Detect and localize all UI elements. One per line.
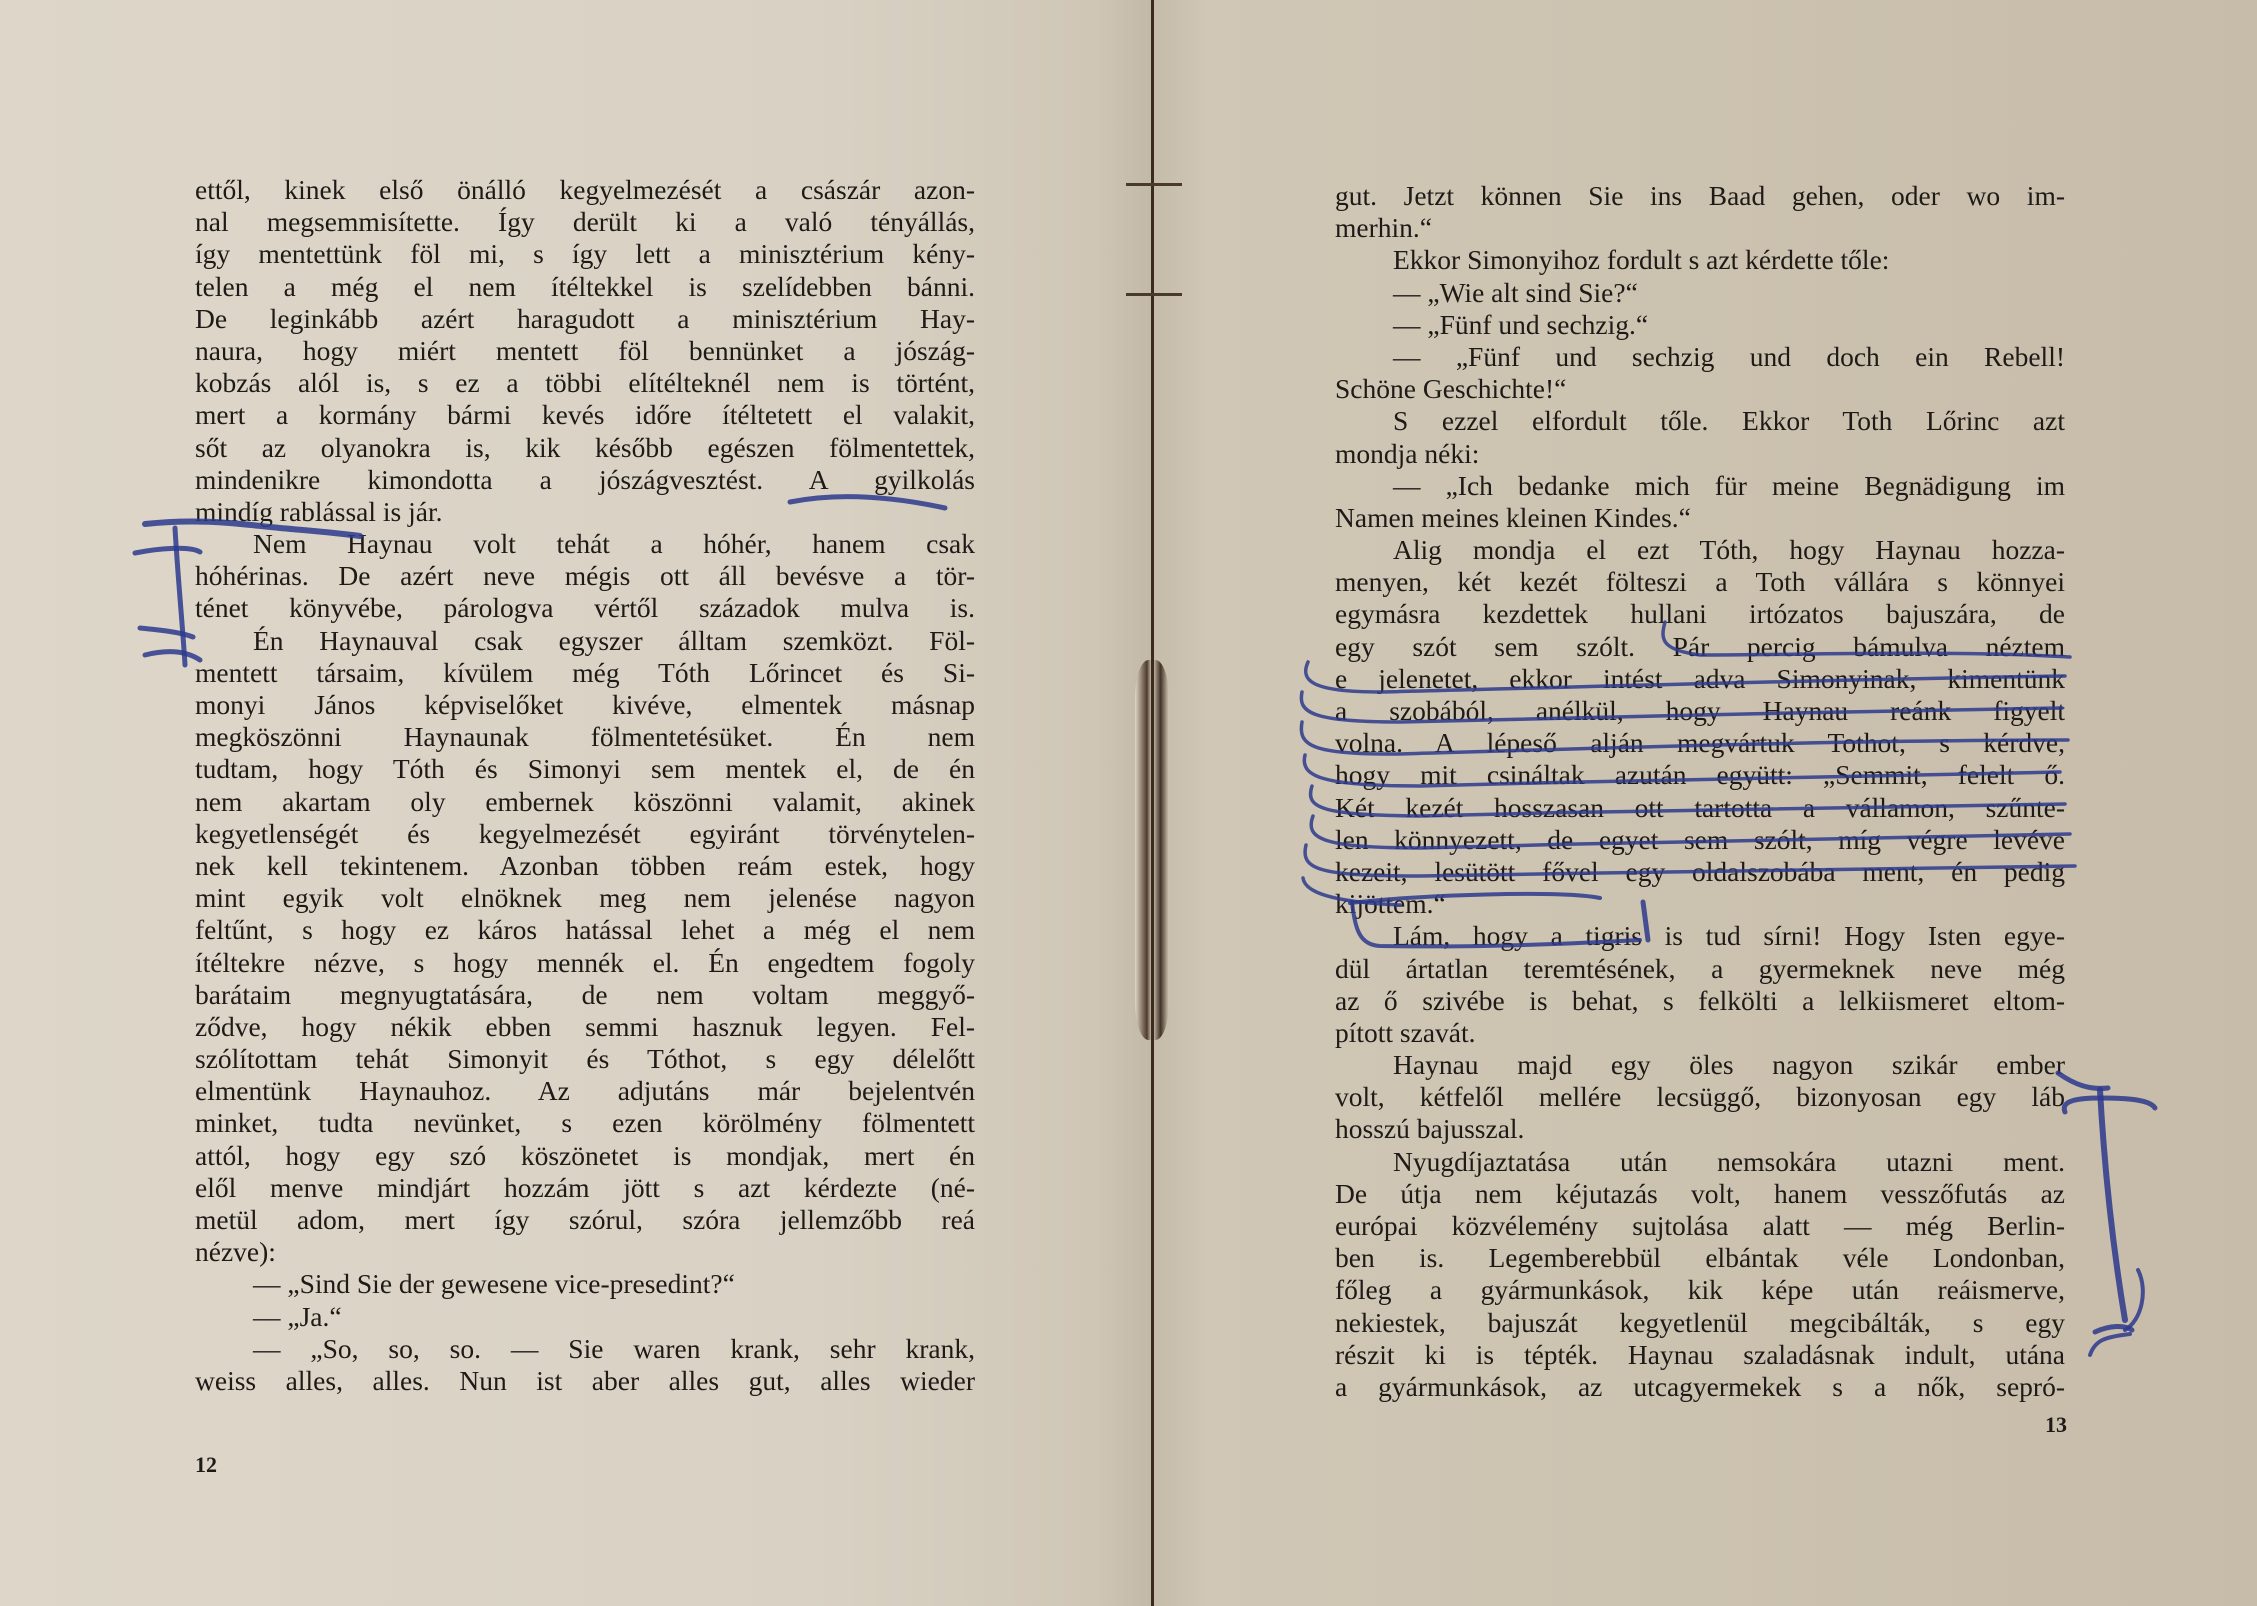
text-line: len könnyezett, de egyet sem szólt, míg … xyxy=(1335,824,2065,856)
text-line: pított szavát. xyxy=(1335,1017,2065,1049)
text-line: ettől, kinek első önálló kegyelmezését a… xyxy=(195,174,975,206)
text-line: dül ártatlan teremtésének, a gyermeknek … xyxy=(1335,953,2065,985)
text-line: monyi János képviselőket kivéve, elmente… xyxy=(195,689,975,721)
text-line: gut. Jetzt können Sie ins Baad gehen, od… xyxy=(1335,180,2065,212)
text-line: európai közvélemény sujtolása alatt — mé… xyxy=(1335,1210,2065,1242)
text-line: Nyugdíjaztatása után nemsokára utazni me… xyxy=(1335,1146,2065,1178)
text-line: S ezzel elfordult tőle. Ekkor Toth Lőrin… xyxy=(1335,405,2065,437)
text-line: volt, kétfelől mellére lecsüggő, bizonyo… xyxy=(1335,1081,2065,1113)
binding-stitch xyxy=(1126,183,1182,186)
text-line: kobzás alól is, s ez a többi elítéltekné… xyxy=(195,367,975,399)
text-line: sőt az olyanokra is, kik később egészen … xyxy=(195,432,975,464)
text-line: Két kezét hosszasan ott tartotta a válla… xyxy=(1335,792,2065,824)
text-line: mindenikre kimondotta a jószágvesztést. … xyxy=(195,464,975,496)
text-line: megköszönni Haynaunak fölmentetésüket. É… xyxy=(195,721,975,753)
left-page-text: ettől, kinek első önálló kegyelmezését a… xyxy=(195,174,975,1397)
text-line: metül adom, mert így szórul, szóra jelle… xyxy=(195,1204,975,1236)
text-line: elől menve mindjárt hozzám jött s azt ké… xyxy=(195,1172,975,1204)
text-line: attól, hogy egy szó köszönetet is mondja… xyxy=(195,1140,975,1172)
page-number-left: 12 xyxy=(195,1452,217,1478)
text-line: nem akartam oly embernek köszönni valami… xyxy=(195,786,975,818)
text-line: naura, hogy miért mentett föl bennünket … xyxy=(195,335,975,367)
text-line: ténet könyvébe, párologva vértől százado… xyxy=(195,592,975,624)
text-line: mint egyik volt elnöknek meg nem jelenés… xyxy=(195,882,975,914)
text-line: menyen, két kezét fölteszi a Toth vállár… xyxy=(1335,566,2065,598)
book-spine xyxy=(1151,0,1154,1606)
text-line: hosszú bajusszal. xyxy=(1335,1113,2065,1145)
text-line: Ekkor Simonyihoz fordult s azt kérdette … xyxy=(1335,244,2065,276)
text-line: kegyetlenségét és kegyelmezését egyiránt… xyxy=(195,818,975,850)
text-line: ződve, hogy nékik ebben semmi hasznuk le… xyxy=(195,1011,975,1043)
dialog-line: — „Wie alt sind Sie?“ xyxy=(1335,277,2065,309)
dialog-line: — „Ja.“ xyxy=(195,1301,975,1333)
text-line: a szobából, anélkül, hogy Haynau reánk f… xyxy=(1335,695,2065,727)
text-line: De útja nem kéjutazás volt, hanem vessző… xyxy=(1335,1178,2065,1210)
text-line: Schöne Geschichte!“ xyxy=(1335,373,2065,405)
text-line: így mentettünk föl mi, s így lett a mini… xyxy=(195,238,975,270)
text-line: nal megsemmisítette. Így derült ki a val… xyxy=(195,206,975,238)
text-line: Haynau majd egy öles nagyon szikár ember xyxy=(1335,1049,2065,1081)
page-number-right: 13 xyxy=(2045,1412,2067,1438)
text-line: barátaim megnyugtatására, de nem voltam … xyxy=(195,979,975,1011)
text-line: részit ki is tépték. Haynau szaladásnak … xyxy=(1335,1339,2065,1371)
text-line: e jelenetet, ekkor intést adva Simonyina… xyxy=(1335,663,2065,695)
dialog-line: — „Fünf und sechzig.“ xyxy=(1335,309,2065,341)
text-line: De leginkább azért haragudott a miniszté… xyxy=(195,303,975,335)
text-line: mondja néki: xyxy=(1335,438,2065,470)
text-line: mentett társaim, kívülem még Tóth Lőrinc… xyxy=(195,657,975,689)
text-line: a gyármunkások, az utcagyermekek s a nők… xyxy=(1335,1371,2065,1403)
text-line: szólítottam tehát Simonyit és Tóthot, s … xyxy=(195,1043,975,1075)
text-line: hogy mit csináltak azután együtt: „Semmi… xyxy=(1335,759,2065,791)
text-line: Lám, hogy a tigris is tud sírni! Hogy Is… xyxy=(1335,920,2065,952)
dialog-line: — „So, so, so. — Sie waren krank, sehr k… xyxy=(195,1333,975,1365)
text-line: kezeit, lesütött fővel egy oldalszobába … xyxy=(1335,856,2065,888)
text-line: ítéltekre nézve, s hogy mennék el. Én en… xyxy=(195,947,975,979)
text-line: nézve): xyxy=(195,1236,975,1268)
text-line: főleg a gyármunkások, kik képe után reái… xyxy=(1335,1274,2065,1306)
text-line: kijöttem.“ xyxy=(1335,888,2065,920)
text-line: hóhérinas. De azért neve mégis ott áll b… xyxy=(195,560,975,592)
text-line: Én Haynauval csak egyszer álltam szemköz… xyxy=(195,625,975,657)
text-line: tudtam, hogy Tóth és Simonyi sem mentek … xyxy=(195,753,975,785)
binding-stitch xyxy=(1126,293,1182,296)
text-line: merhin.“ xyxy=(1335,212,2065,244)
text-line: az ő szivébe is behat, s felkölti a lelk… xyxy=(1335,985,2065,1017)
text-line: elmentünk Haynauhoz. Az adjutáns már bej… xyxy=(195,1075,975,1107)
text-line: egy szót sem szólt. Pár percig bámulva n… xyxy=(1335,631,2065,663)
text-line: nek kell tekintenem. Azonban többen reám… xyxy=(195,850,975,882)
text-line: Namen meines kleinen Kindes.“ xyxy=(1335,502,2065,534)
dialog-line: — „Sind Sie der gewesene vice-presedint?… xyxy=(195,1268,975,1300)
dialog-line: — „Ich bedanke mich für meine Begnädigun… xyxy=(1335,470,2065,502)
text-line: Nem Haynau volt tehát a hóhér, hanem csa… xyxy=(195,528,975,560)
text-line: volna. A lépeső alján megvártuk Tothot, … xyxy=(1335,727,2065,759)
text-line: Alig mondja el ezt Tóth, hogy Haynau hoz… xyxy=(1335,534,2065,566)
text-line: weiss alles, alles. Nun ist aber alles g… xyxy=(195,1365,975,1397)
dialog-line: — „Fünf und sechzig und doch ein Rebell! xyxy=(1335,341,2065,373)
text-line: feltűnt, s hogy ez káros hatással lehet … xyxy=(195,914,975,946)
text-line: egymásra kezdettek hullani irtózatos baj… xyxy=(1335,598,2065,630)
text-line: telen a még el nem ítéltekkel is szelíde… xyxy=(195,271,975,303)
text-line: mindíg rablással is jár. xyxy=(195,496,975,528)
text-line: mert a kormány bármi kevés időre ítéltet… xyxy=(195,399,975,431)
text-line: ben is. Legemberebbül elbántak véle Lond… xyxy=(1335,1242,2065,1274)
text-line: minket, tudta nevünket, s ezen körölmény… xyxy=(195,1107,975,1139)
text-line: nekiestek, bajuszát kegyetlenül megcibál… xyxy=(1335,1307,2065,1339)
right-page-text: gut. Jetzt können Sie ins Baad gehen, od… xyxy=(1335,180,2065,1403)
